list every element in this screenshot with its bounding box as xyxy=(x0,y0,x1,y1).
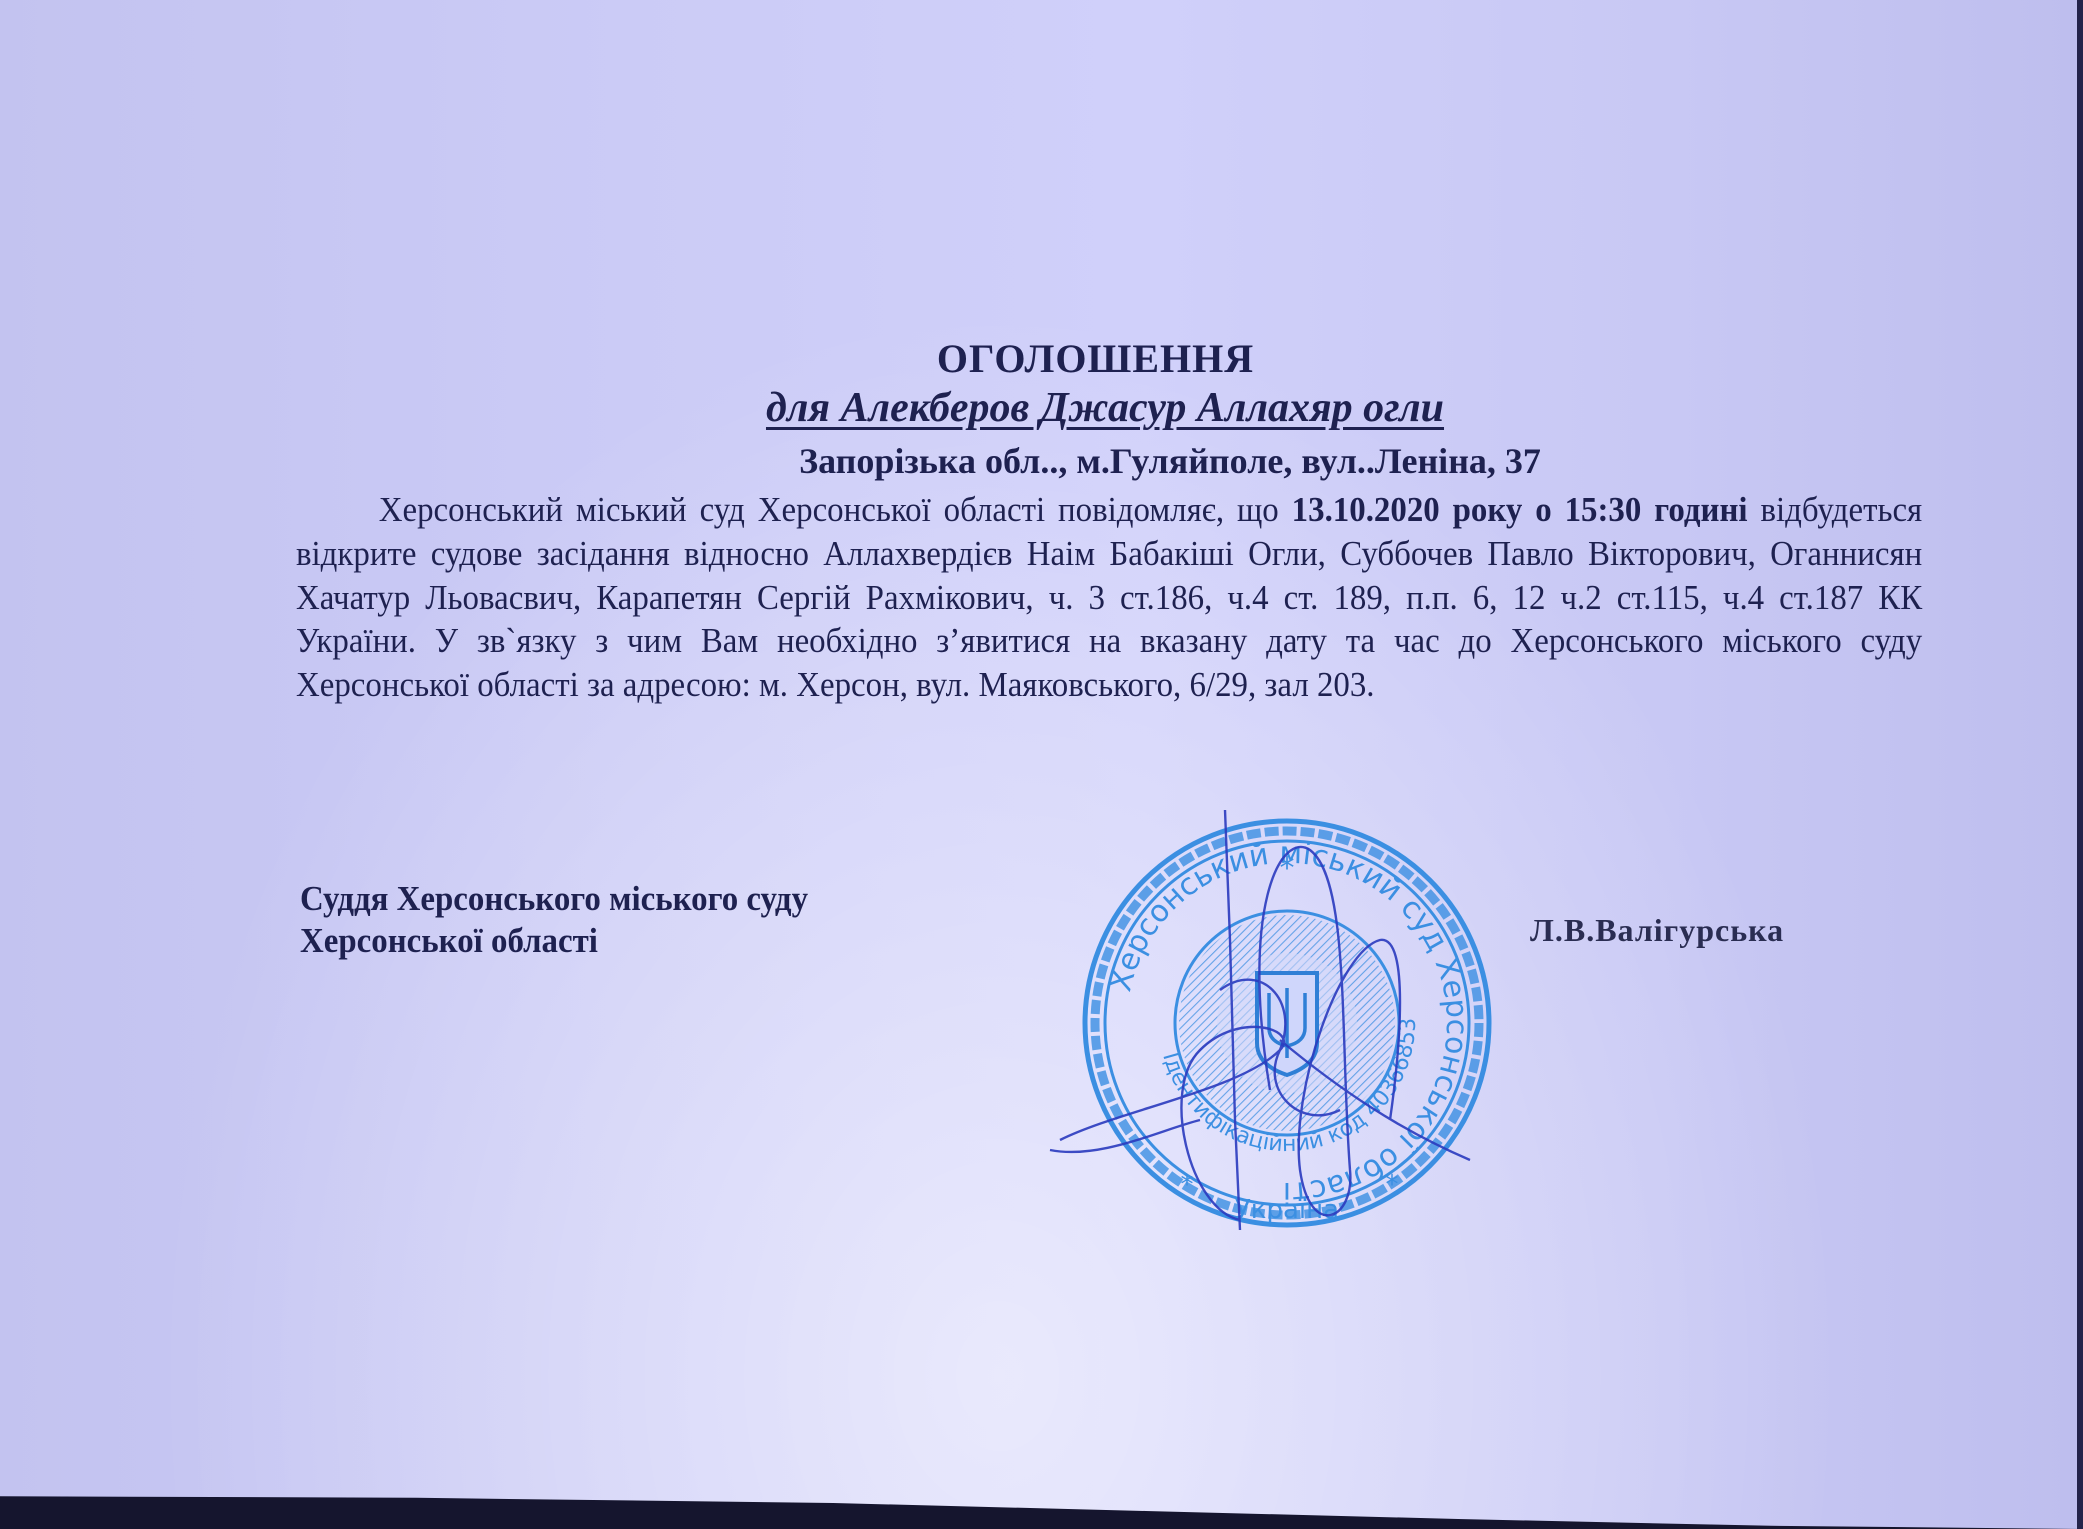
trident-icon xyxy=(1257,973,1317,1075)
seal-country: Україна xyxy=(1235,1195,1339,1225)
page-edge-right xyxy=(2077,0,2083,1529)
body-part-1: Херсонський міський суд Херсонської обла… xyxy=(379,490,1292,529)
notice-body: Херсонський міський суд Херсонської обла… xyxy=(296,488,1922,707)
judge-position: Суддя Херсонського міського суду Херсонс… xyxy=(300,878,808,962)
hearing-datetime: 13.10.2020 року о 15:30 годині xyxy=(1292,490,1748,529)
paper-lighting xyxy=(0,0,2083,1529)
page-edge-bottom xyxy=(0,1489,2083,1529)
svg-text:*: * xyxy=(1181,1170,1194,1200)
court-seal-icon: Херсонський міський суд Херсонської обла… xyxy=(1062,798,1512,1248)
judge-position-line-2: Херсонської області xyxy=(300,920,808,962)
recipient-name: для Алекберов Джасур Аллахяр огли xyxy=(700,384,1510,432)
document-title: ОГОЛОШЕННЯ xyxy=(0,335,2083,382)
judge-name: Л.В.Валігурська xyxy=(1530,912,1784,949)
recipient-address: Запорізька обл.., м.Гуляйполе, вул..Лені… xyxy=(740,440,1600,482)
judge-position-line-1: Суддя Херсонського міського суду xyxy=(300,878,808,920)
svg-text:*: * xyxy=(1280,851,1295,886)
svg-text:*: * xyxy=(1386,1170,1399,1200)
